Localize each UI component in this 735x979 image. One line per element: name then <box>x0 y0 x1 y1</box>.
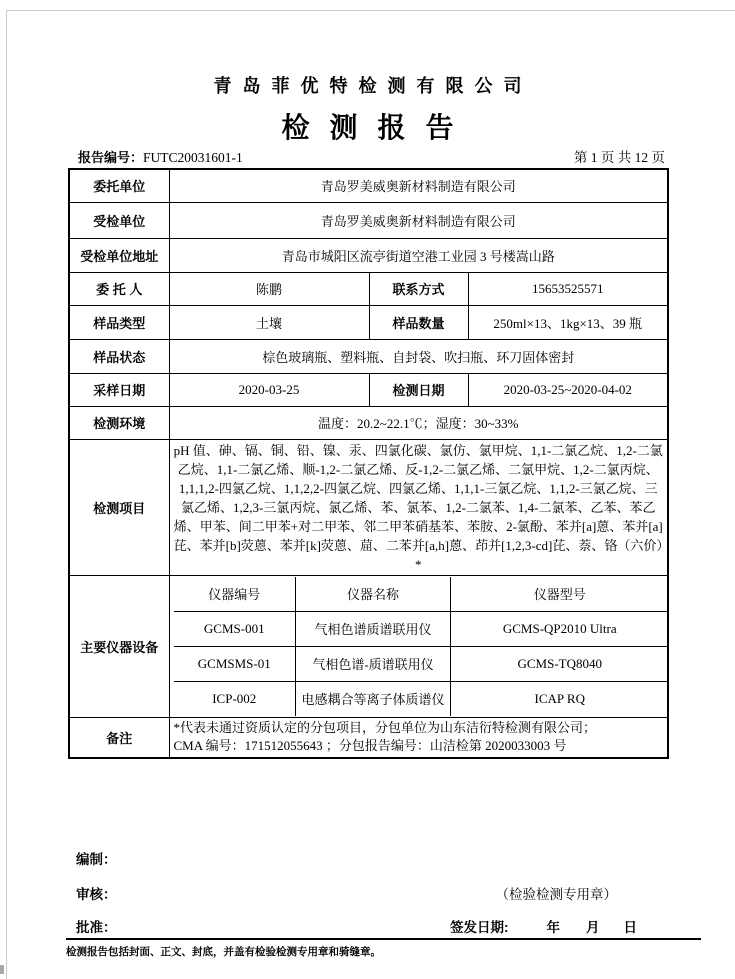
company-name: 青岛菲优特检测有限公司 <box>0 72 735 98</box>
instrument-id: GCMSMS-01 <box>174 646 296 681</box>
info-label: 检测日期 <box>369 373 468 406</box>
remark-label: 备注 <box>69 717 169 758</box>
day-label: 日 <box>624 916 638 936</box>
page-count: 第 1 页 共 12 页 <box>574 146 667 166</box>
month-label: 月 <box>586 916 600 936</box>
instrument-name: 气相色谱质谱联用仪 <box>296 611 451 646</box>
instrument-row: GCMS-001 气相色谱质谱联用仪 GCMS-QP2010 Ultra <box>174 611 669 646</box>
info-value: 青岛市城阳区流亭街道空港工业园 3 号楼嵩山路 <box>169 238 668 272</box>
signature-row-prepare: 编制： <box>68 848 667 868</box>
remark-cell: *代表未通过资质认定的分包项目，分包单位为山东洁衍特检测有限公司； CMA 编号… <box>169 717 668 758</box>
test-items-text: pH 值、砷、镉、铜、铅、镍、汞、四氯化碳、氯仿、氯甲烷、1,1-二氯乙烷、1,… <box>169 439 668 575</box>
report-info-table: 委托单位 青岛罗美威奥新材料制造有限公司 受检单位 青岛罗美威奥新材料制造有限公… <box>68 168 669 759</box>
prepare-label: 编制： <box>68 848 117 868</box>
footer-note: 检测报告包括封面、正文、封底，并盖有检验检测专用章和骑缝章。 <box>66 944 381 959</box>
remark-line-2: CMA 编号：171512055643 ；分包报告编号：山洁检第 2020033… <box>174 737 664 756</box>
info-value: 陈鹏 <box>169 272 369 305</box>
info-label: 检测项目 <box>69 439 169 575</box>
instrument-id: ICP-002 <box>174 681 296 716</box>
inspection-seal-note: （检验检测专用章） <box>496 883 668 903</box>
info-label: 样品类型 <box>69 305 169 339</box>
table-row-instruments: 主要仪器设备 仪器编号 仪器名称 仪器型号 GCMS-001 气相色谱质谱联用仪… <box>69 575 668 717</box>
instruments-header-row: 仪器编号 仪器名称 仪器型号 <box>174 577 669 612</box>
info-label: 采样日期 <box>69 373 169 406</box>
info-value: 温度：20.2~22.1℃；湿度：30~33% <box>169 406 668 439</box>
report-number-value: FUTC20031601-1 <box>143 150 243 165</box>
info-value: 土壤 <box>169 305 369 339</box>
instrument-col-header: 仪器型号 <box>451 577 669 612</box>
table-row: 样品类型 土壤 样品数量 250ml×13、1kg×13、39 瓶 <box>69 305 668 339</box>
instrument-name: 气相色谱-质谱联用仪 <box>296 646 451 681</box>
table-row: 检测环境 温度：20.2~22.1℃；湿度：30~33% <box>69 406 668 439</box>
instrument-row: GCMSMS-01 气相色谱-质谱联用仪 GCMS-TQ8040 <box>174 646 669 681</box>
instrument-id: GCMS-001 <box>174 611 296 646</box>
year-label: 年 <box>547 916 561 936</box>
instrument-model: GCMS-QP2010 Ultra <box>451 611 669 646</box>
approve-label: 批准： <box>68 916 117 936</box>
instrument-name: 电感耦合等离子体质谱仪 <box>296 681 451 716</box>
table-row: 委 托 人 陈鹏 联系方式 15653525571 <box>69 272 668 305</box>
info-label: 受检单位地址 <box>69 238 169 272</box>
table-row-remark: 备注 *代表未通过资质认定的分包项目，分包单位为山东洁衍特检测有限公司； CMA… <box>69 717 668 758</box>
review-label: 审核： <box>68 883 117 903</box>
instrument-model: ICAP RQ <box>451 681 669 716</box>
page-boundary-vertical-line <box>6 10 7 979</box>
info-label: 委 托 人 <box>69 272 169 305</box>
info-value: 2020-03-25~2020-04-02 <box>468 373 668 406</box>
info-label: 委托单位 <box>69 169 169 202</box>
instruments-table: 仪器编号 仪器名称 仪器型号 GCMS-001 气相色谱质谱联用仪 GCMS-Q… <box>174 577 669 716</box>
info-label: 样品数量 <box>369 305 468 339</box>
footer-divider <box>66 938 701 940</box>
instruments-cell: 仪器编号 仪器名称 仪器型号 GCMS-001 气相色谱质谱联用仪 GCMS-Q… <box>169 575 668 717</box>
report-meta: 报告编号：FUTC20031601-1 第 1 页 共 12 页 <box>68 146 667 166</box>
instrument-col-header: 仪器名称 <box>296 577 451 612</box>
signature-row-review: 审核： （检验检测专用章） <box>68 883 667 903</box>
instruments-label: 主要仪器设备 <box>69 575 169 717</box>
info-value: 2020-03-25 <box>169 373 369 406</box>
info-value: 250ml×13、1kg×13、39 瓶 <box>468 305 668 339</box>
report-number-line: 报告编号：FUTC20031601-1 <box>68 147 243 166</box>
table-row-test-items: 检测项目 pH 值、砷、镉、铜、铅、镍、汞、四氯化碳、氯仿、氯甲烷、1,1-二氯… <box>69 439 668 575</box>
issue-date-label: 签发日期: <box>450 916 509 936</box>
table-row: 委托单位 青岛罗美威奥新材料制造有限公司 <box>69 169 668 202</box>
info-label: 检测环境 <box>69 406 169 439</box>
info-value: 15653525571 <box>468 272 668 305</box>
instrument-col-header: 仪器编号 <box>174 577 296 612</box>
instrument-row: ICP-002 电感耦合等离子体质谱仪 ICAP RQ <box>174 681 669 716</box>
table-row: 受检单位 青岛罗美威奥新材料制造有限公司 <box>69 202 668 238</box>
info-label: 受检单位 <box>69 202 169 238</box>
table-row: 采样日期 2020-03-25 检测日期 2020-03-25~2020-04-… <box>69 373 668 406</box>
remark-line-1: *代表未通过资质认定的分包项目，分包单位为山东洁衍特检测有限公司； <box>174 719 664 738</box>
instrument-model: GCMS-TQ8040 <box>451 646 669 681</box>
report-page: 青岛菲优特检测有限公司 检测报告 报告编号：FUTC20031601-1 第 1… <box>0 0 735 979</box>
page-edge-mark <box>0 965 4 974</box>
info-label: 联系方式 <box>369 272 468 305</box>
issue-date-line: 签发日期: 年 月 日 <box>450 916 667 936</box>
table-row: 受检单位地址 青岛市城阳区流亭街道空港工业园 3 号楼嵩山路 <box>69 238 668 272</box>
info-label: 样品状态 <box>69 339 169 373</box>
page-boundary-horizontal-line <box>6 10 735 11</box>
signature-row-approve: 批准： 签发日期: 年 月 日 <box>68 916 667 936</box>
report-title: 检测报告 <box>0 106 735 146</box>
info-value: 青岛罗美威奥新材料制造有限公司 <box>169 169 668 202</box>
info-value: 青岛罗美威奥新材料制造有限公司 <box>169 202 668 238</box>
table-row: 样品状态 棕色玻璃瓶、塑料瓶、自封袋、吹扫瓶、环刀固体密封 <box>69 339 668 373</box>
info-value: 棕色玻璃瓶、塑料瓶、自封袋、吹扫瓶、环刀固体密封 <box>169 339 668 373</box>
report-number-label: 报告编号： <box>78 150 143 165</box>
